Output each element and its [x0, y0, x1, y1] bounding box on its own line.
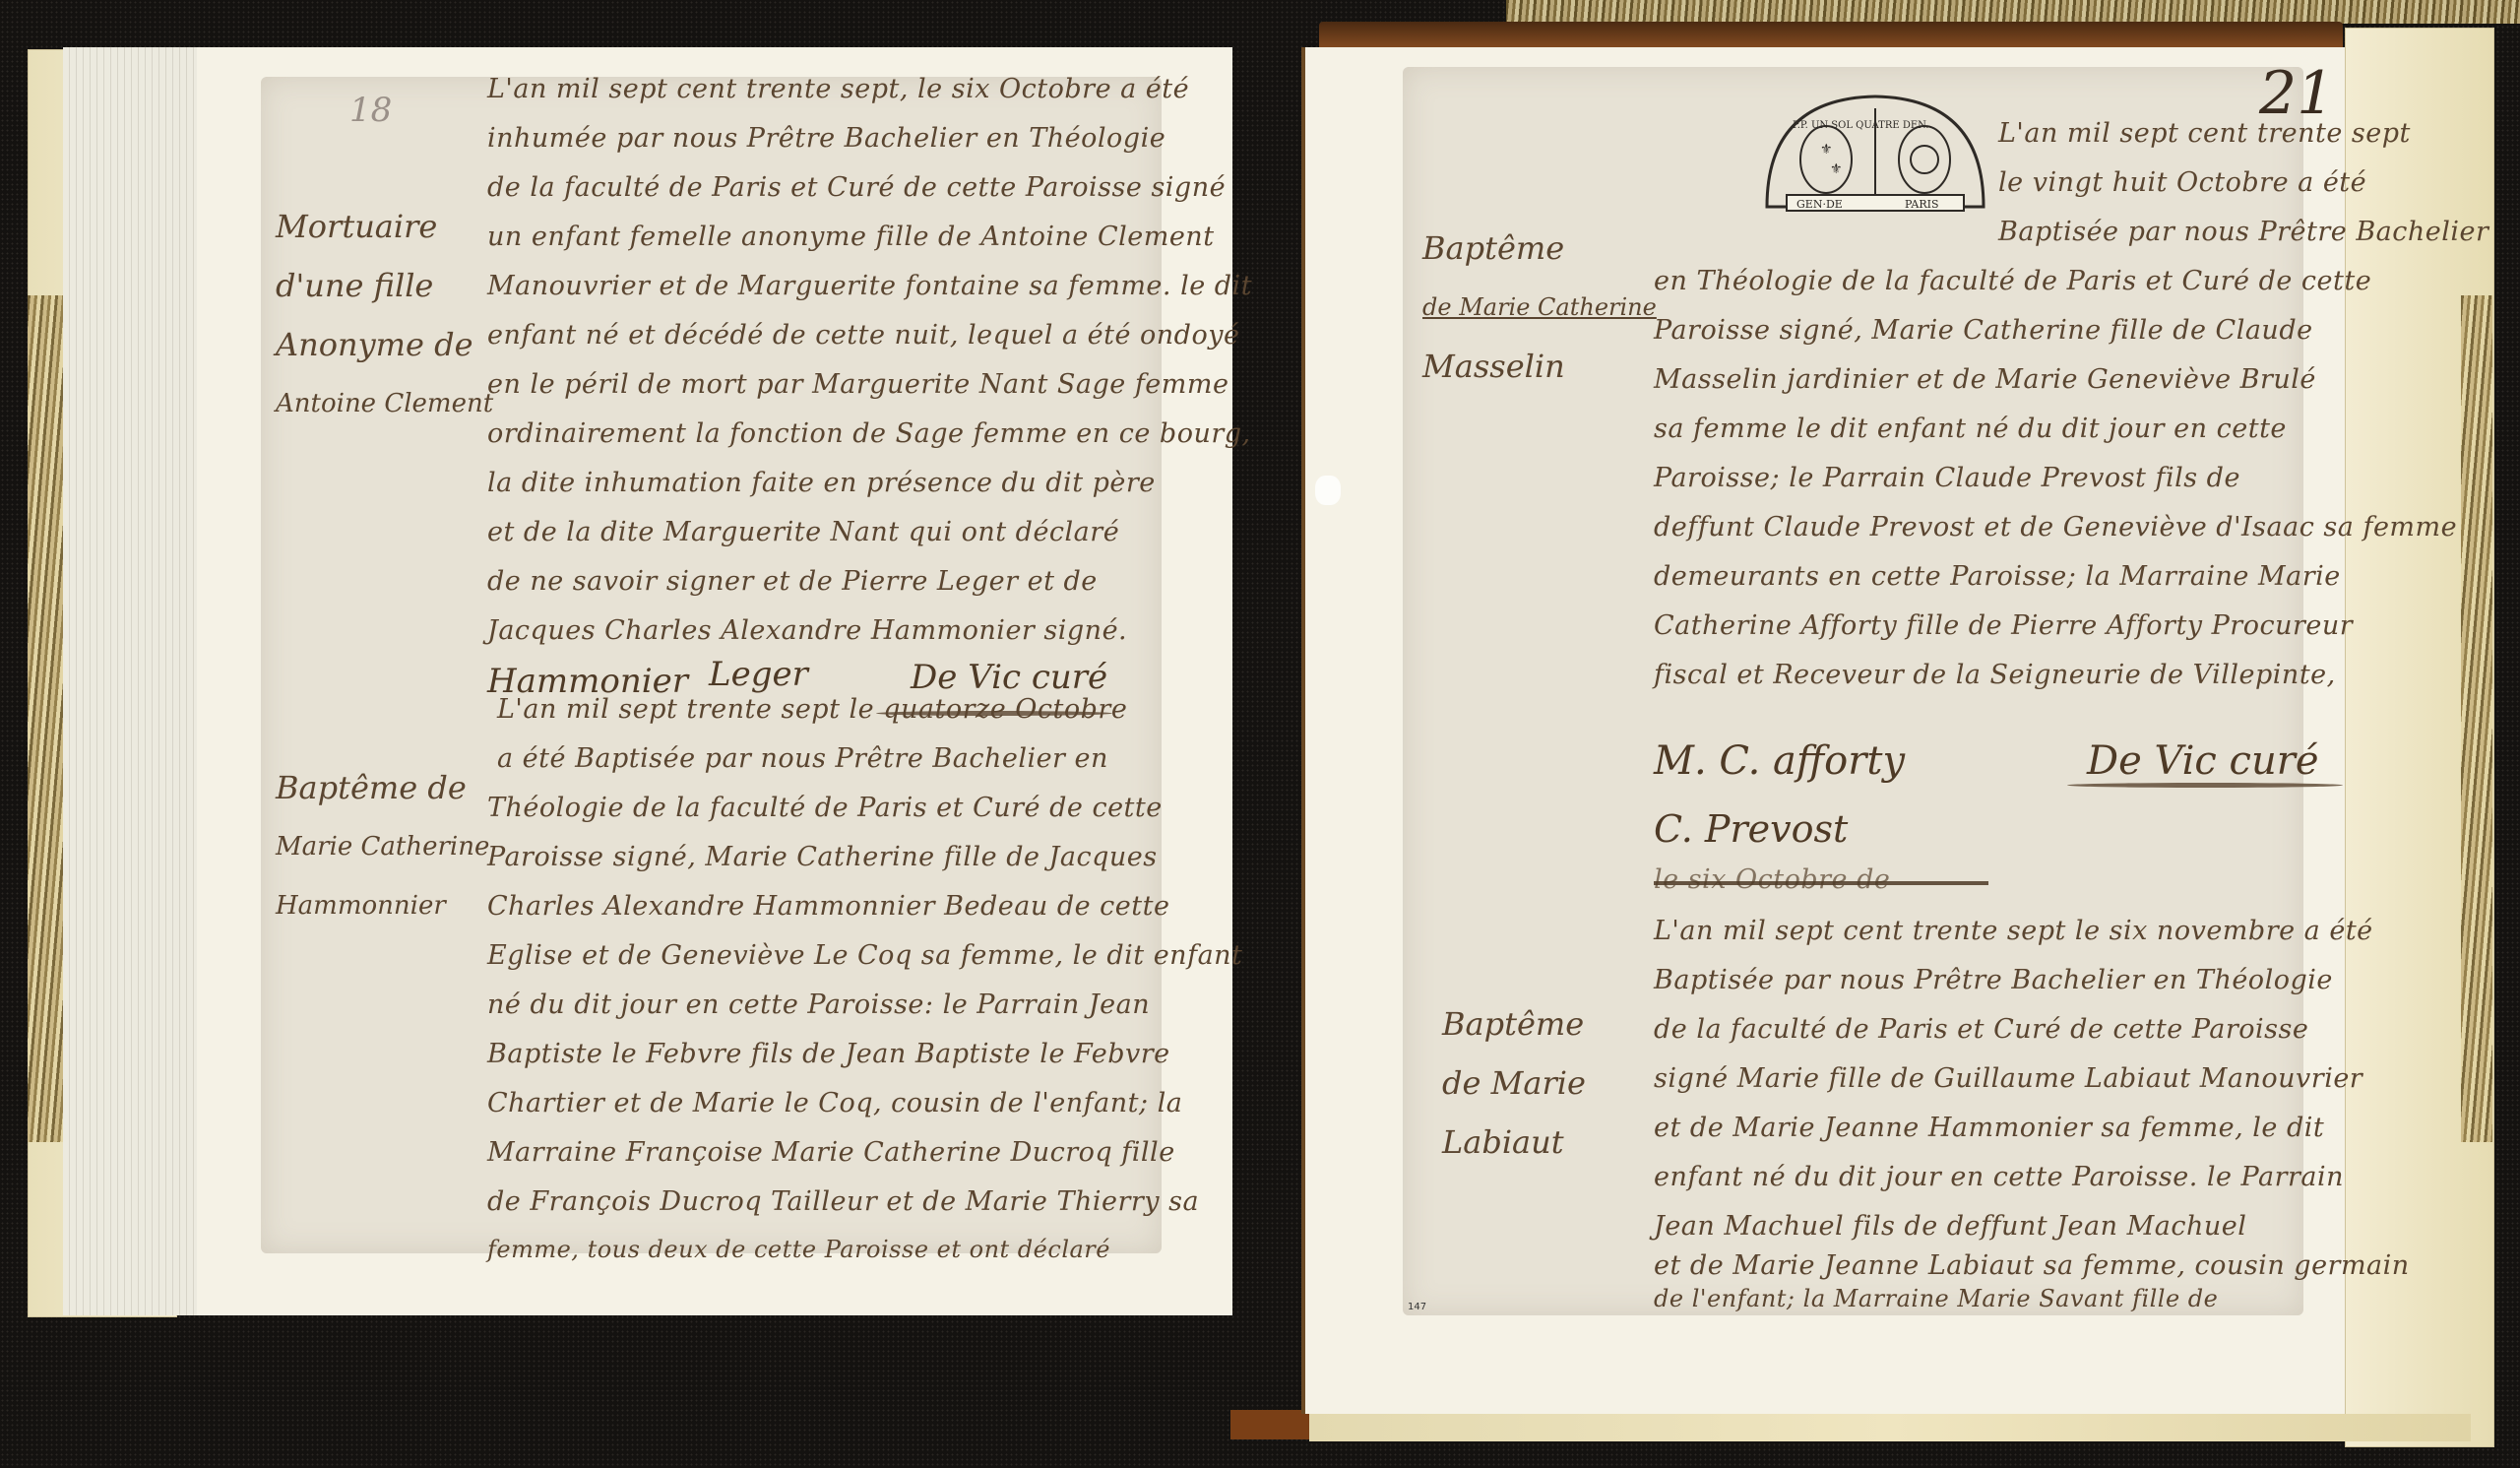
margin-line: Baptême — [1422, 219, 1657, 278]
strikethrough-mark — [1654, 881, 1988, 885]
signature-afforty: M. C. afforty — [1654, 738, 1905, 784]
text-line: Charles Alexandre Hammonnier Bedeau de c… — [487, 891, 1169, 922]
text-line: Jean Machuel fils de deffunt Jean Machue… — [1654, 1211, 2246, 1242]
svg-text:⚜: ⚜ — [1820, 142, 1833, 158]
text-line: fiscal et Receveur de la Seigneurie de V… — [1654, 660, 2336, 690]
text-line: demeurants en cette Paroisse; la Marrain… — [1654, 561, 2341, 592]
text-line: inhumée par nous Prêtre Bachelier en Thé… — [487, 123, 1165, 154]
text-line: la dite inhumation faite en présence du … — [487, 468, 1156, 498]
text-line: Paroisse signé, Marie Catherine fille de… — [487, 842, 1158, 872]
text-line: L'an mil sept trente sept le quatorze Oc… — [497, 694, 1127, 725]
text-line: signé Marie fille de Guillaume Labiaut M… — [1654, 1063, 2362, 1094]
text-line: L'an mil sept cent trente sept, le six O… — [487, 74, 1189, 104]
signature-flourish — [2067, 783, 2343, 788]
svg-text:P.P. UN SOL QUATRE DEN.: P.P. UN SOL QUATRE DEN. — [1793, 120, 1928, 131]
text-line: Catherine Afforty fille de Pierre Affort… — [1654, 610, 2353, 641]
page-number: 147 — [1408, 1302, 1426, 1312]
margin-line: Mortuaire — [276, 197, 493, 256]
text-line: et de Marie Jeanne Labiaut sa femme, cou… — [1654, 1250, 2410, 1281]
text-line: Eglise et de Geneviève Le Coq sa femme, … — [487, 940, 1242, 971]
struck-out-line: le six Octobre de — [1654, 864, 1890, 895]
signature-de-vic: De Vic curé — [2087, 738, 2319, 784]
text-line: enfant né et décédé de cette nuit, leque… — [487, 320, 1239, 351]
margin-line: d'une fille — [276, 256, 493, 315]
text-line: Manouvrier et de Marguerite fontaine sa … — [487, 271, 1252, 301]
text-line: et de la dite Marguerite Nant qui ont dé… — [487, 517, 1119, 547]
text-line: L'an mil sept cent trente sept le six no… — [1654, 916, 2373, 946]
text-line: L'an mil sept cent trente sept — [1998, 118, 2411, 149]
page-block-edge — [63, 47, 201, 1315]
top-marbled-edge — [1506, 0, 2520, 24]
text-line: Baptisée par nous Prêtre Bachelier en Th… — [1654, 965, 2333, 995]
right-marbled-endpaper — [2461, 295, 2492, 1142]
text-line: ordinairement la fonction de Sage femme … — [487, 418, 1251, 449]
margin-line: Antoine Clement — [276, 374, 493, 433]
margin-note-bapteme-labiaut: Baptême de Marie Labiaut — [1442, 994, 1586, 1172]
signature-leger: Leger — [709, 655, 808, 694]
text-line: Masselin jardinier et de Marie Geneviève… — [1654, 364, 2316, 395]
text-line: Chartier et de Marie le Coq, cousin de l… — [487, 1088, 1182, 1118]
tax-stamp-icon: ⚜ ⚜ GEN·DE PARIS P.P. UN SOL QUATRE DEN. — [1757, 89, 1993, 217]
margin-line: Anonyme de — [276, 315, 493, 374]
text-line: sa femme le dit enfant né du dit jour en… — [1654, 414, 2287, 444]
text-line: en Théologie de la faculté de Paris et C… — [1654, 266, 2371, 296]
text-line: Jacques Charles Alexandre Hammonier sign… — [487, 615, 1127, 646]
signature-prevost: C. Prevost — [1654, 807, 1848, 851]
text-line: en le péril de mort par Marguerite Nant … — [487, 369, 1228, 400]
svg-text:PARIS: PARIS — [1905, 198, 1939, 211]
svg-text:⚜: ⚜ — [1830, 161, 1843, 177]
text-line: né du dit jour en cette Paroisse: le Par… — [487, 989, 1150, 1020]
bottom-board-edge — [1309, 1414, 2471, 1441]
text-line: Théologie de la faculté de Paris et Curé… — [487, 793, 1163, 823]
margin-note-bapteme-masselin: Baptême de Marie Catherine Masselin — [1422, 219, 1657, 396]
margin-line: de Marie Catherine — [1422, 278, 1657, 337]
text-line: femme, tous deux de cette Paroisse et on… — [487, 1236, 1110, 1263]
margin-note-bapteme-hammonnier: Baptême de Marie Catherine Hammonnier — [276, 758, 489, 935]
text-line: de l'enfant; la Marraine Marie Savant fi… — [1654, 1285, 2218, 1312]
margin-line: Baptême — [1442, 994, 1586, 1053]
left-marbled-endpaper — [28, 295, 63, 1142]
text-line: de la faculté de Paris et Curé de cette … — [487, 172, 1226, 203]
text-line: de la faculté de Paris et Curé de cette … — [1654, 1014, 2308, 1045]
margin-line: Marie Catherine — [276, 817, 489, 876]
text-line: Marraine Françoise Marie Catherine Ducro… — [487, 1137, 1175, 1168]
text-line: Paroisse; le Parrain Claude Prevost fils… — [1654, 463, 2240, 493]
binding-thread-knot — [1315, 476, 1341, 505]
text-line: Baptisée par nous Prêtre Bachelier — [1998, 217, 2488, 247]
left-folio-mark: 18 — [349, 91, 392, 130]
margin-line: de Marie — [1442, 1053, 1586, 1113]
margin-note-mortuaire: Mortuaire d'une fille Anonyme de Antoine… — [276, 197, 493, 433]
text-line: deffunt Claude Prevost et de Geneviève d… — [1654, 512, 2457, 543]
text-line: un enfant femelle anonyme fille de Antoi… — [487, 222, 1215, 252]
text-line: Baptiste le Febvre fils de Jean Baptiste… — [487, 1039, 1170, 1069]
book-gutter — [1301, 47, 1305, 1414]
margin-line: Labiaut — [1442, 1113, 1586, 1172]
text-line: a été Baptisée par nous Prêtre Bachelier… — [497, 743, 1108, 774]
margin-line: Hammonnier — [276, 876, 489, 935]
text-line: enfant né du dit jour en cette Paroisse.… — [1654, 1162, 2344, 1192]
text-line: et de Marie Jeanne Hammonier sa femme, l… — [1654, 1113, 2324, 1143]
margin-line: Baptême de — [276, 758, 489, 817]
signature-de-vic: De Vic curé — [911, 658, 1107, 697]
text-line: de François Ducroq Tailleur et de Marie … — [487, 1186, 1199, 1217]
margin-line: Masselin — [1422, 337, 1657, 396]
svg-text:GEN·DE: GEN·DE — [1796, 198, 1843, 211]
text-line: de ne savoir signer et de Pierre Leger e… — [487, 566, 1098, 597]
text-line: le vingt huit Octobre a été — [1998, 167, 2366, 198]
text-line: Paroisse signé, Marie Catherine fille de… — [1654, 315, 2313, 346]
